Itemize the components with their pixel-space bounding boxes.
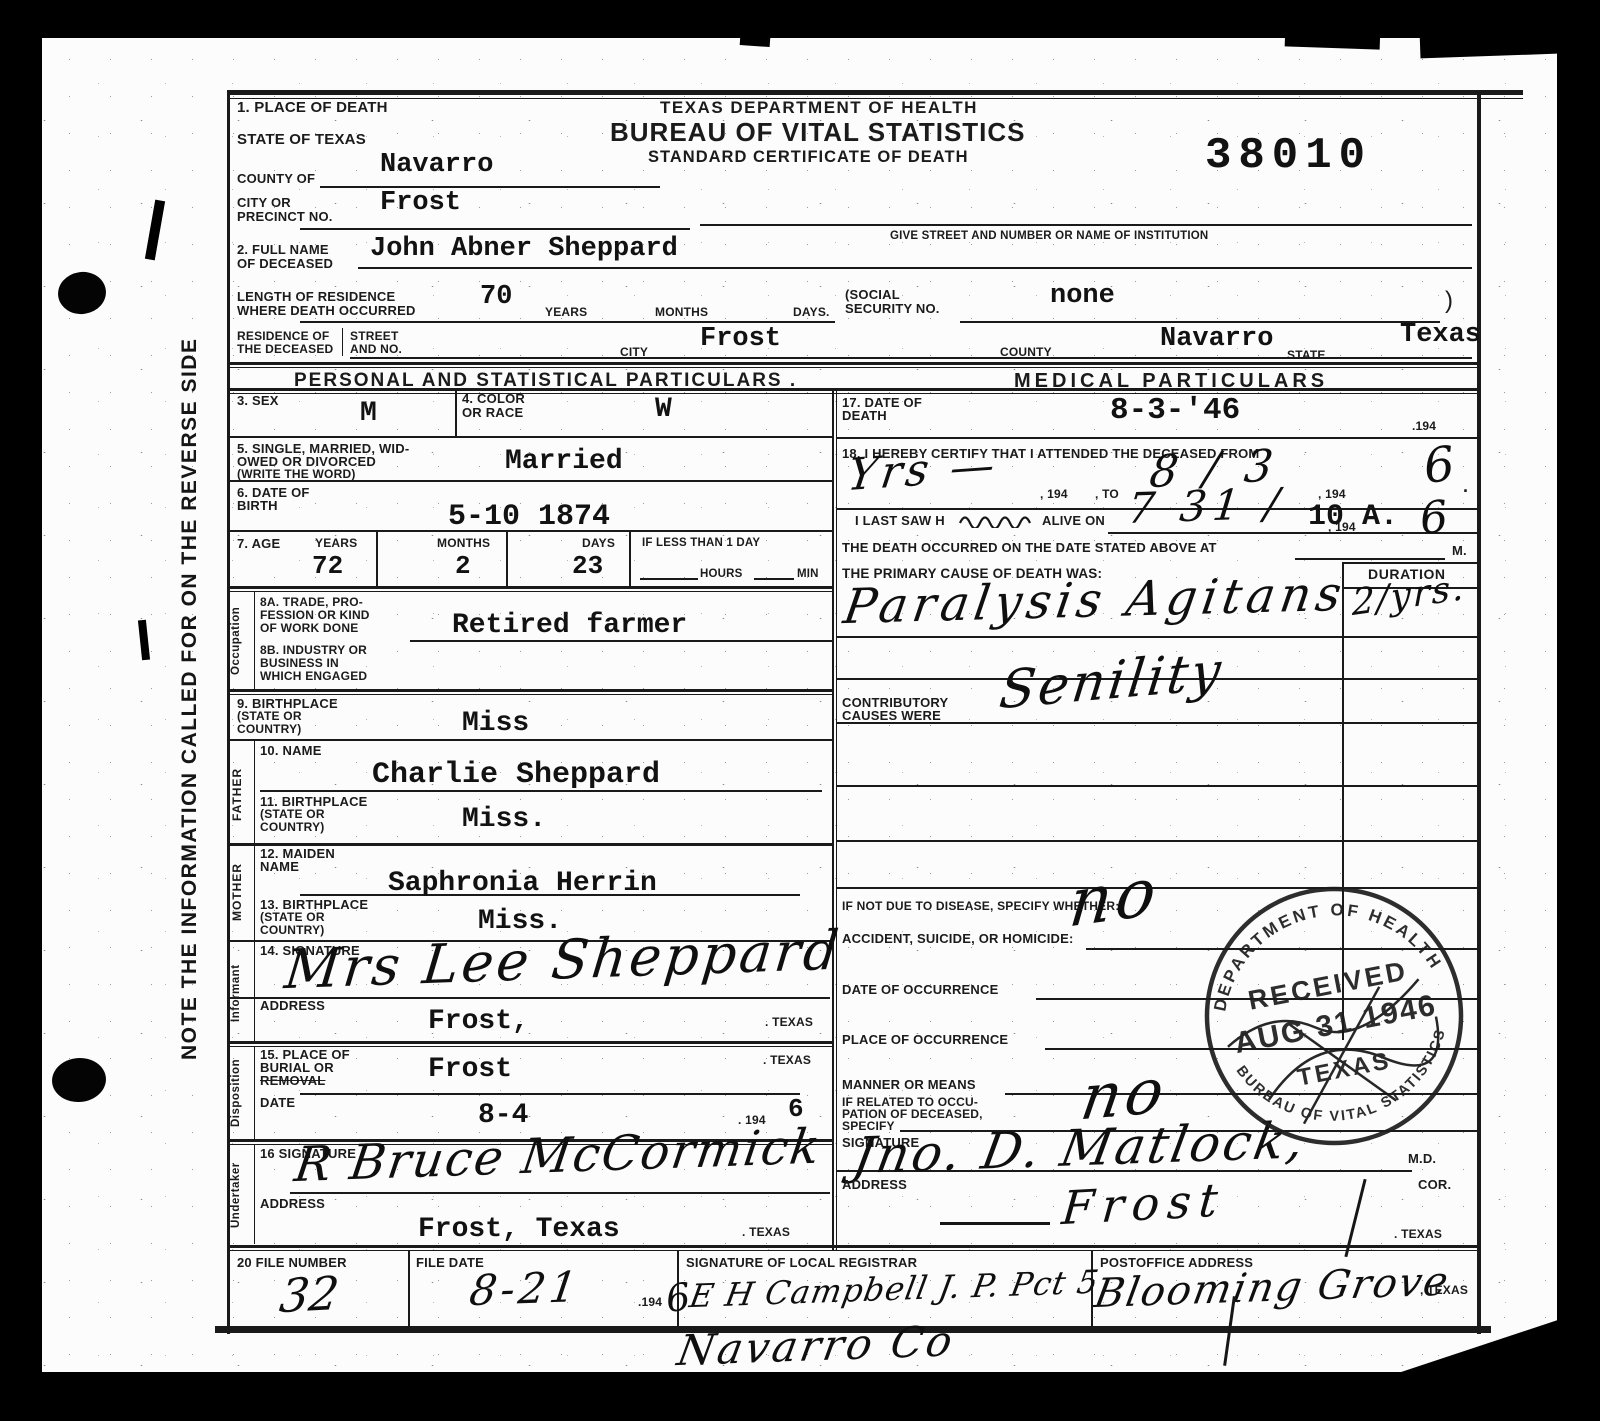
- standard-title: STANDARD CERTIFICATE OF DEATH: [648, 148, 968, 166]
- scan-bottom-band: [0, 1372, 1600, 1421]
- bureau-title: BUREAU OF VITAL STATISTICS: [610, 118, 1026, 147]
- death-time-value: 10 A.: [1308, 502, 1398, 532]
- rule: [227, 694, 832, 695]
- burial-state: . TEXAS: [763, 1054, 811, 1067]
- undertaker-signature: R Bruce McCormick: [292, 1126, 824, 1188]
- po-state: , TEXAS: [1420, 1284, 1468, 1297]
- days-label: DAYS.: [793, 306, 830, 319]
- burial-date-label: DATE: [260, 1096, 295, 1111]
- rule: [300, 1093, 800, 1095]
- father-name-label: 10. NAME: [260, 744, 322, 759]
- band-line-4: [227, 393, 1477, 394]
- undertaker-addr-label: ADDRESS: [260, 1197, 325, 1212]
- fullname-line: [358, 267, 1472, 269]
- hours-label: HOURS: [700, 568, 743, 581]
- age-years-value: 72: [312, 553, 343, 579]
- scanned-death-certificate: 1. PLACE OF DEATH TEXAS DEPARTMENT OF HE…: [0, 0, 1600, 1421]
- occurred-label: THE DEATH OCCURRED ON THE DATE STATED AB…: [842, 541, 1217, 556]
- rule: [227, 1041, 832, 1044]
- ssn-value: none: [1050, 283, 1115, 310]
- maiden-label-2: NAME: [260, 860, 299, 875]
- to-year-digit: 6: [1422, 443, 1457, 489]
- residence-brace: [342, 328, 343, 356]
- city-line: [300, 228, 690, 230]
- contributory-script: Senility: [997, 648, 1226, 715]
- months-label: MONTHS: [655, 306, 708, 319]
- age-months-label: MONTHS: [437, 537, 490, 550]
- trade-label-3: OF WORK DONE: [260, 622, 358, 635]
- residence-line: [350, 357, 1472, 359]
- father-bp-label-3: COUNTRY): [260, 821, 324, 834]
- burial-year-digit: 6: [788, 1096, 804, 1122]
- city-label-2: PRECINCT NO.: [237, 210, 333, 225]
- city2-value: Frost: [700, 326, 781, 353]
- to-label: , TO: [1095, 488, 1119, 501]
- rule: [227, 586, 832, 589]
- duration-box-top: [1342, 562, 1477, 564]
- rule: [1295, 558, 1445, 560]
- mother-bp-label-3: COUNTRY): [260, 924, 324, 937]
- informant-addr-state: . TEXAS: [765, 1016, 813, 1029]
- band-line-3: [227, 388, 1477, 391]
- physician-addr-script: Frost: [1060, 1179, 1227, 1229]
- informant-side-label: Informant: [230, 948, 242, 1038]
- ssn-line: [960, 321, 1440, 323]
- side-rule: [254, 843, 255, 940]
- scan-smudge-1: [1285, 26, 1381, 49]
- file-date-year-pre: .194: [638, 1296, 662, 1309]
- min-line: [754, 578, 794, 580]
- county2-value: Navarro: [1160, 326, 1273, 353]
- po-value-script: Blooming Grove: [1092, 1264, 1453, 1313]
- center-divider: [832, 391, 834, 1250]
- age-label: 7. AGE: [237, 537, 280, 552]
- rule: [836, 840, 1477, 842]
- paper-sheet: 1. PLACE OF DEATH TEXAS DEPARTMENT OF HE…: [42, 38, 1557, 1372]
- center-divider-inner: [836, 391, 837, 1250]
- age-div-2: [506, 530, 508, 586]
- file-row-top-1: [227, 1245, 1477, 1248]
- county-note-script: Navarro Co: [675, 1322, 958, 1370]
- date-occ-label: DATE OF OCCURRENCE: [842, 983, 998, 998]
- lastsaw-label-post: ALIVE ON: [1042, 514, 1105, 529]
- file-row-top-2: [227, 1250, 1477, 1251]
- state-of-texas: STATE OF TEXAS: [237, 132, 366, 149]
- fullname-label-2: OF DECEASED: [237, 257, 333, 272]
- scan-corner-wedge: [1395, 1306, 1600, 1374]
- band-line-2: [227, 367, 1477, 368]
- lor-label-2: WHERE DEATH OCCURRED: [237, 304, 416, 319]
- file-div-1: [408, 1250, 410, 1326]
- maiden-value: Saphronia Herrin: [388, 870, 657, 898]
- scan-smudge-2: [1420, 28, 1561, 59]
- band-line-1: [227, 362, 1477, 365]
- side-rule: [254, 739, 255, 843]
- from-year-label: , 194: [1040, 488, 1068, 501]
- marital-label-3: (WRITE THE WORD): [237, 468, 356, 481]
- side-rule: [254, 940, 255, 1041]
- burial-date-value: 8-4: [478, 1102, 528, 1130]
- stamp-texas: TEXAS: [1295, 1047, 1393, 1092]
- accident-no-script: no: [1067, 861, 1163, 934]
- county-line: [320, 186, 660, 188]
- lor-years-value: 70: [480, 284, 512, 311]
- side-rule: [254, 1144, 255, 1244]
- rule: [227, 436, 832, 438]
- to-period: .: [1463, 476, 1468, 496]
- primary-cause-script: Paralysis Agitans: [841, 573, 1349, 630]
- burial-label-3: REMOVAL: [260, 1074, 325, 1089]
- birthplace-label-3: COUNTRY): [237, 723, 301, 736]
- years-label: YEARS: [545, 306, 587, 319]
- disposition-side-label: Disposition: [230, 1050, 242, 1136]
- dob-label-2: BIRTH: [237, 499, 278, 514]
- age-div-3: [629, 530, 631, 586]
- field1-label: 1. PLACE OF DEATH: [237, 100, 388, 117]
- physician-addr-state: . TEXAS: [1394, 1228, 1442, 1241]
- mother-side-label: MOTHER: [230, 850, 244, 935]
- undertaker-addr-value: Frost, Texas: [418, 1216, 620, 1244]
- informant-signature: Mrs Lee Sheppard: [282, 926, 843, 994]
- state2-value: Texas: [1400, 322, 1481, 349]
- father-name-value: Charlie Sheppard: [372, 760, 660, 790]
- manner-label: MANNER OR MEANS: [842, 1078, 976, 1093]
- county-value: Navarro: [380, 152, 493, 179]
- lastsaw-label-pre: I LAST SAW H: [855, 514, 945, 529]
- md-label: M.D.: [1408, 1152, 1436, 1167]
- file-date-value: 8-21: [467, 1268, 583, 1310]
- street-line: [700, 224, 1472, 226]
- dept-title: TEXAS DEPARTMENT OF HEALTH: [660, 98, 978, 117]
- cor-label: COR.: [1418, 1178, 1451, 1193]
- dob-value: 5-10 1874: [448, 502, 610, 532]
- address-dash: [940, 1222, 1050, 1225]
- rule: [227, 739, 832, 741]
- rule: [836, 437, 1477, 439]
- file-num-value: 32: [277, 1273, 341, 1318]
- age-years-label: YEARS: [315, 537, 357, 550]
- trade-value: Retired farmer: [452, 612, 687, 640]
- color-value: W: [655, 396, 672, 424]
- scan-smudge-3: [740, 35, 771, 47]
- sex-label: 3. SEX: [237, 394, 279, 409]
- min-label: MIN: [797, 568, 819, 581]
- father-side-label: FATHER: [230, 750, 244, 838]
- less-day-label: IF LESS THAN 1 DAY: [642, 537, 760, 550]
- side-rule: [254, 1046, 255, 1139]
- street-note: GIVE STREET AND NUMBER OR NAME OF INSTIT…: [890, 230, 1208, 243]
- ssn-close-paren: ): [1445, 288, 1453, 315]
- rule: [836, 636, 1477, 638]
- color-label-2: OR RACE: [462, 406, 523, 421]
- ssn-label-2: SECURITY NO.: [845, 302, 940, 317]
- lor-line: [300, 321, 835, 323]
- birthplace-value: Miss: [462, 710, 529, 738]
- age-months-value: 2: [455, 553, 471, 579]
- frame-right: [1477, 90, 1481, 1334]
- undertaker-addr-state: . TEXAS: [742, 1226, 790, 1239]
- sex-color-divider: [455, 391, 457, 436]
- physician-addr-label: ADDRESS: [842, 1178, 907, 1193]
- age-days-label: DAYS: [582, 537, 615, 550]
- burial-place-value: Frost: [428, 1056, 512, 1084]
- city-value: Frost: [380, 190, 461, 217]
- marital-value: Married: [505, 448, 623, 476]
- dod-year: .194: [1412, 420, 1436, 433]
- lastsaw-value-script: 7 31 /: [1126, 484, 1287, 527]
- lastsaw-year-digit: 6: [1418, 497, 1450, 539]
- rule: [227, 689, 832, 692]
- accident-label: ACCIDENT, SUICIDE, OR HOMICIDE:: [842, 932, 1074, 947]
- registrar-signature: E H Campbell J. P. Pct 5: [687, 1268, 1101, 1311]
- state2-label: STATE: [1287, 349, 1326, 362]
- received-stamp: DEPARTMENT OF HEALTH BUREAU OF VITAL STA…: [1170, 852, 1498, 1180]
- undertaker-side-label: Undertaker: [230, 1150, 242, 1240]
- informant-addr-value: Frost,: [428, 1008, 529, 1036]
- age-days-value: 23: [572, 553, 603, 579]
- sex-value: M: [360, 400, 377, 428]
- residence-label-2: THE DECEASED: [237, 343, 333, 356]
- hours-line: [640, 578, 698, 580]
- rule: [227, 591, 832, 592]
- side-rule: [254, 592, 255, 689]
- place-occ-label: PLACE OF OCCURRENCE: [842, 1033, 1008, 1048]
- age-div-1: [376, 530, 378, 586]
- frame-top: [227, 90, 1523, 95]
- county-label: COUNTY OF: [237, 172, 315, 187]
- attended-from-script: Yrs —: [845, 445, 1001, 496]
- registrar-label: SIGNATURE OF LOCAL REGISTRAR: [686, 1256, 917, 1271]
- street-and-no-label-2: AND NO.: [350, 343, 402, 356]
- fullname-value: John Abner Sheppard: [370, 236, 678, 263]
- m-label: M.: [1452, 544, 1467, 559]
- informant-addr-label: ADDRESS: [260, 999, 325, 1014]
- father-bp-value: Miss.: [462, 806, 546, 834]
- dod-label-2: DEATH: [842, 409, 887, 424]
- industry-label-3: WHICH ENGAGED: [260, 670, 367, 683]
- frame-left: [227, 90, 230, 1334]
- contributory-label-2: CAUSES WERE: [842, 709, 941, 724]
- rule: [290, 1192, 830, 1194]
- rule: [836, 785, 1477, 787]
- scribble-over-him: [958, 510, 1040, 528]
- dod-value: 8-3-'46: [1110, 395, 1240, 426]
- occupation-side-label: Occupation: [230, 596, 242, 686]
- certificate-number: 38010: [1205, 134, 1372, 178]
- margin-reverse-side-note: NOTE THE INFORMATION CALLED FOR ON THE R…: [178, 330, 202, 1068]
